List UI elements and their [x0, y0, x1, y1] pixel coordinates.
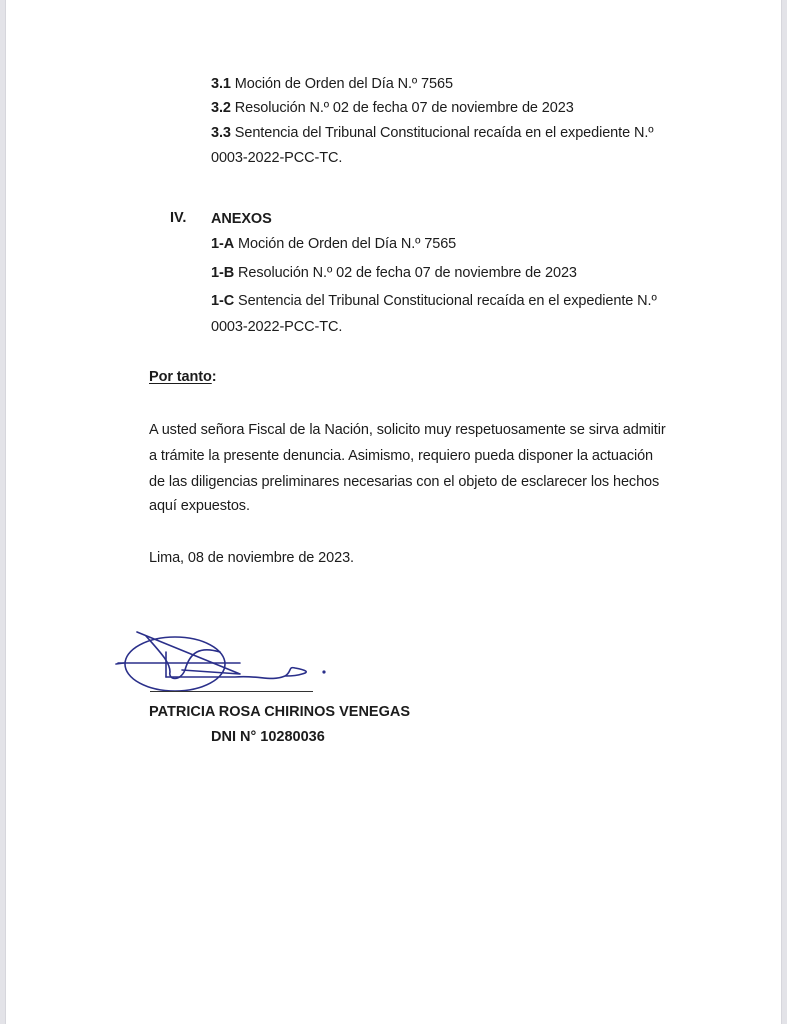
por-tanto-line-1: A usted señora Fiscal de la Nación, soli… — [149, 421, 666, 439]
item-number: 3.3 — [211, 125, 231, 141]
item-text: Resolución N.º 02 de fecha 07 de noviemb… — [238, 265, 577, 281]
section4-numeral: IV. — [170, 209, 186, 227]
document-page — [6, 0, 781, 1024]
signature-line — [150, 691, 313, 692]
item-number: 3.1 — [211, 76, 231, 92]
por-tanto-colon: : — [212, 369, 217, 385]
por-tanto-line-4: aquí expuestos. — [149, 497, 250, 515]
annex-item-1c-continued: 0003-2022-PCC-TC. — [211, 318, 342, 336]
date-line: Lima, 08 de noviembre de 2023. — [149, 549, 354, 567]
item-text: Moción de Orden del Día N.º 7565 — [238, 236, 456, 252]
section4-title: ANEXOS — [211, 210, 272, 228]
annex-item-1b: 1-B Resolución N.º 02 de fecha 07 de nov… — [211, 264, 577, 282]
item-text: Sentencia del Tribunal Constitucional re… — [238, 293, 657, 309]
por-tanto-line-2: a trámite la presente denuncia. Asimismo… — [149, 447, 653, 465]
signature-icon — [110, 622, 350, 702]
annex-item-1a: 1-A Moción de Orden del Día N.º 7565 — [211, 235, 456, 253]
section3-item-1: 3.1 Moción de Orden del Día N.º 7565 — [211, 75, 453, 93]
item-text: Sentencia del Tribunal Constitucional re… — [235, 125, 654, 141]
item-number: 1-A — [211, 236, 234, 252]
item-number: 3.2 — [211, 100, 231, 116]
item-number: 1-C — [211, 293, 234, 309]
item-number: 1-B — [211, 265, 234, 281]
signatory-dni: DNI N° 10280036 — [211, 728, 325, 746]
section3-item-3-continued: 0003-2022-PCC-TC. — [211, 149, 342, 167]
item-text: Resolución N.º 02 de fecha 07 de noviemb… — [235, 100, 574, 116]
item-text: Moción de Orden del Día N.º 7565 — [235, 76, 453, 92]
por-tanto-heading: Por tanto: — [149, 368, 216, 386]
annex-item-1c: 1-C Sentencia del Tribunal Constituciona… — [211, 292, 657, 310]
page-edge-right — [781, 0, 787, 1024]
por-tanto-label: Por tanto — [149, 369, 212, 385]
section3-item-2: 3.2 Resolución N.º 02 de fecha 07 de nov… — [211, 99, 574, 117]
signatory-name: PATRICIA ROSA CHIRINOS VENEGAS — [149, 703, 410, 721]
section3-item-3: 3.3 Sentencia del Tribunal Constituciona… — [211, 124, 653, 142]
por-tanto-line-3: de las diligencias preliminares necesari… — [149, 473, 659, 491]
